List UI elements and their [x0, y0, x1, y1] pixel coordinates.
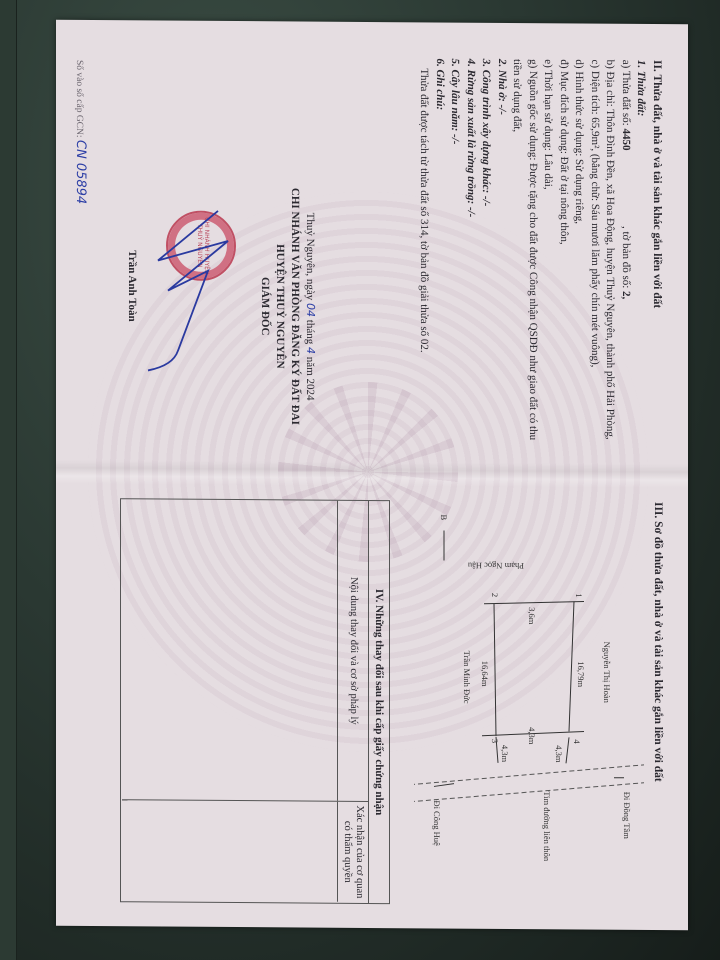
svg-text:2: 2	[490, 593, 500, 597]
setback-4: 4,3m	[554, 745, 564, 763]
signature-scribble-icon	[138, 200, 238, 381]
dim-1-4: 16,79m	[576, 661, 586, 687]
svg-text:3: 3	[490, 739, 500, 743]
address: b) Địa chỉ: Thôn Đình Đền, xã Hoa Động, …	[602, 60, 618, 460]
certificate-sheet-rotated: II. Thửa đất, nhà ở và tài sản khác gắn …	[56, 20, 688, 930]
neighbor-left: Nguyễn Thị Hoàn	[602, 642, 612, 704]
registry-number: Số vào sổ cấp GCN: CN 05894	[73, 60, 88, 204]
signer-title: GIÁM ĐỐC	[257, 171, 272, 441]
signature-block: Thuỷ Nguyên, ngày 04 tháng 4 năm 2024 CH…	[257, 171, 318, 441]
svg-text:4: 4	[572, 739, 582, 744]
other-works: 3. Công trình xây dựng khác: -/-	[478, 59, 494, 459]
dim-1-2: 3,6m	[527, 607, 537, 625]
land-certificate-page: II. Thửa đất, nhà ở và tài sản khác gắn …	[56, 20, 688, 930]
land-heading: 1. Thửa đất:	[633, 60, 649, 460]
dim-2-3: 16,64m	[480, 661, 490, 687]
dim-3-4: 4,3m	[527, 727, 537, 745]
direction-right: Đi Công Huệ	[432, 800, 442, 846]
section3-heading: III. Sơ đồ thửa đất, nhà ở và tài sản kh…	[652, 502, 664, 902]
section4-heading: IV. Những thay đổi sau khi cấp giấy chứn…	[368, 501, 389, 903]
map-sheet-number: 2,	[620, 291, 632, 299]
handwritten-day: 04	[304, 303, 317, 317]
notes: Thửa đất được tách từ thửa đất số 314, t…	[416, 58, 432, 458]
section-land-info: II. Thửa đất, nhà ở và tài sản khác gắn …	[416, 58, 664, 460]
signer-name: Trần Anh Toàn	[126, 250, 138, 321]
area: c) Diện tích: 65,9m², (bằng chữ: Sáu mươ…	[587, 59, 603, 459]
house: 2. Nhà ở: -/-	[494, 59, 510, 459]
road-label: Tim đường liên thôn	[542, 791, 552, 862]
handwritten-registry-number: CN 05894	[73, 140, 88, 204]
north-label: B	[439, 514, 449, 520]
binder-edge	[0, 0, 17, 960]
neighbor-top: Phạm Ngọc Hậu	[467, 561, 524, 571]
notes-heading: 6. Ghi chú:	[432, 58, 448, 458]
purpose: đ) Mục đích sử dụng: Đất ở tại nông thôn…	[556, 59, 572, 459]
place-date: Thuỷ Nguyên, ngày 04 tháng 4 năm 2024	[302, 172, 318, 442]
forest: 4. Rừng sản xuất là rừng trồng: -/-	[463, 59, 479, 459]
parcel-line: a) Thửa đất số: 4450 , tờ bản đồ số: 2,	[618, 60, 634, 460]
page-fold	[56, 460, 688, 488]
perennial: 5. Cây lâu năm: -/-	[447, 59, 463, 459]
changes-confirm-column: Xác nhận của cơ quancó thẩm quyền	[122, 800, 368, 902]
svg-text:1: 1	[574, 593, 584, 597]
handwritten-month: 4	[304, 347, 317, 354]
changes-content-column: Nội dung thay đổi và cơ sở pháp lý	[122, 499, 368, 802]
changes-table: IV. Những thay đổi sau khi cấp giấy chứn…	[120, 498, 390, 904]
origin-cont: tiền sử dụng đất,	[509, 59, 525, 459]
setback-3: 4,3m	[500, 745, 510, 763]
col-confirm-header: Xác nhận của cơ quancó thẩm quyền	[337, 802, 368, 902]
term: e) Thời hạn sử dụng: Lâu dài,	[540, 59, 556, 459]
origin: g) Nguồn gốc sử dụng: Được tặng cho đất …	[525, 59, 541, 459]
use-form: d) Hình thức sử dụng: Sử dụng riêng,	[571, 59, 587, 459]
org-line-2: HUYỆN THUỶ NGUYÊN	[272, 171, 287, 441]
parcel-diagram: B Phạm Ngọc Hậu Nguyễn Thị Hoàn Trần Min…	[414, 500, 644, 902]
direction-left: Đi Đồng Tâm	[622, 792, 632, 840]
section2-heading: II. Thửa đất, nhà ở và tài sản khác gắn …	[649, 60, 665, 460]
parcel-number: 4450	[620, 128, 632, 150]
section3-heading-wrap: III. Sơ đồ thửa đất, nhà ở và tài sản kh…	[652, 502, 664, 902]
neighbor-right: Trần Minh Đức	[462, 651, 472, 704]
org-line-1: CHI NHÁNH VĂN PHÒNG ĐĂNG KÝ ĐẤT ĐAI	[287, 171, 302, 441]
col-content-header: Nội dung thay đổi và cơ sở pháp lý	[337, 501, 368, 801]
